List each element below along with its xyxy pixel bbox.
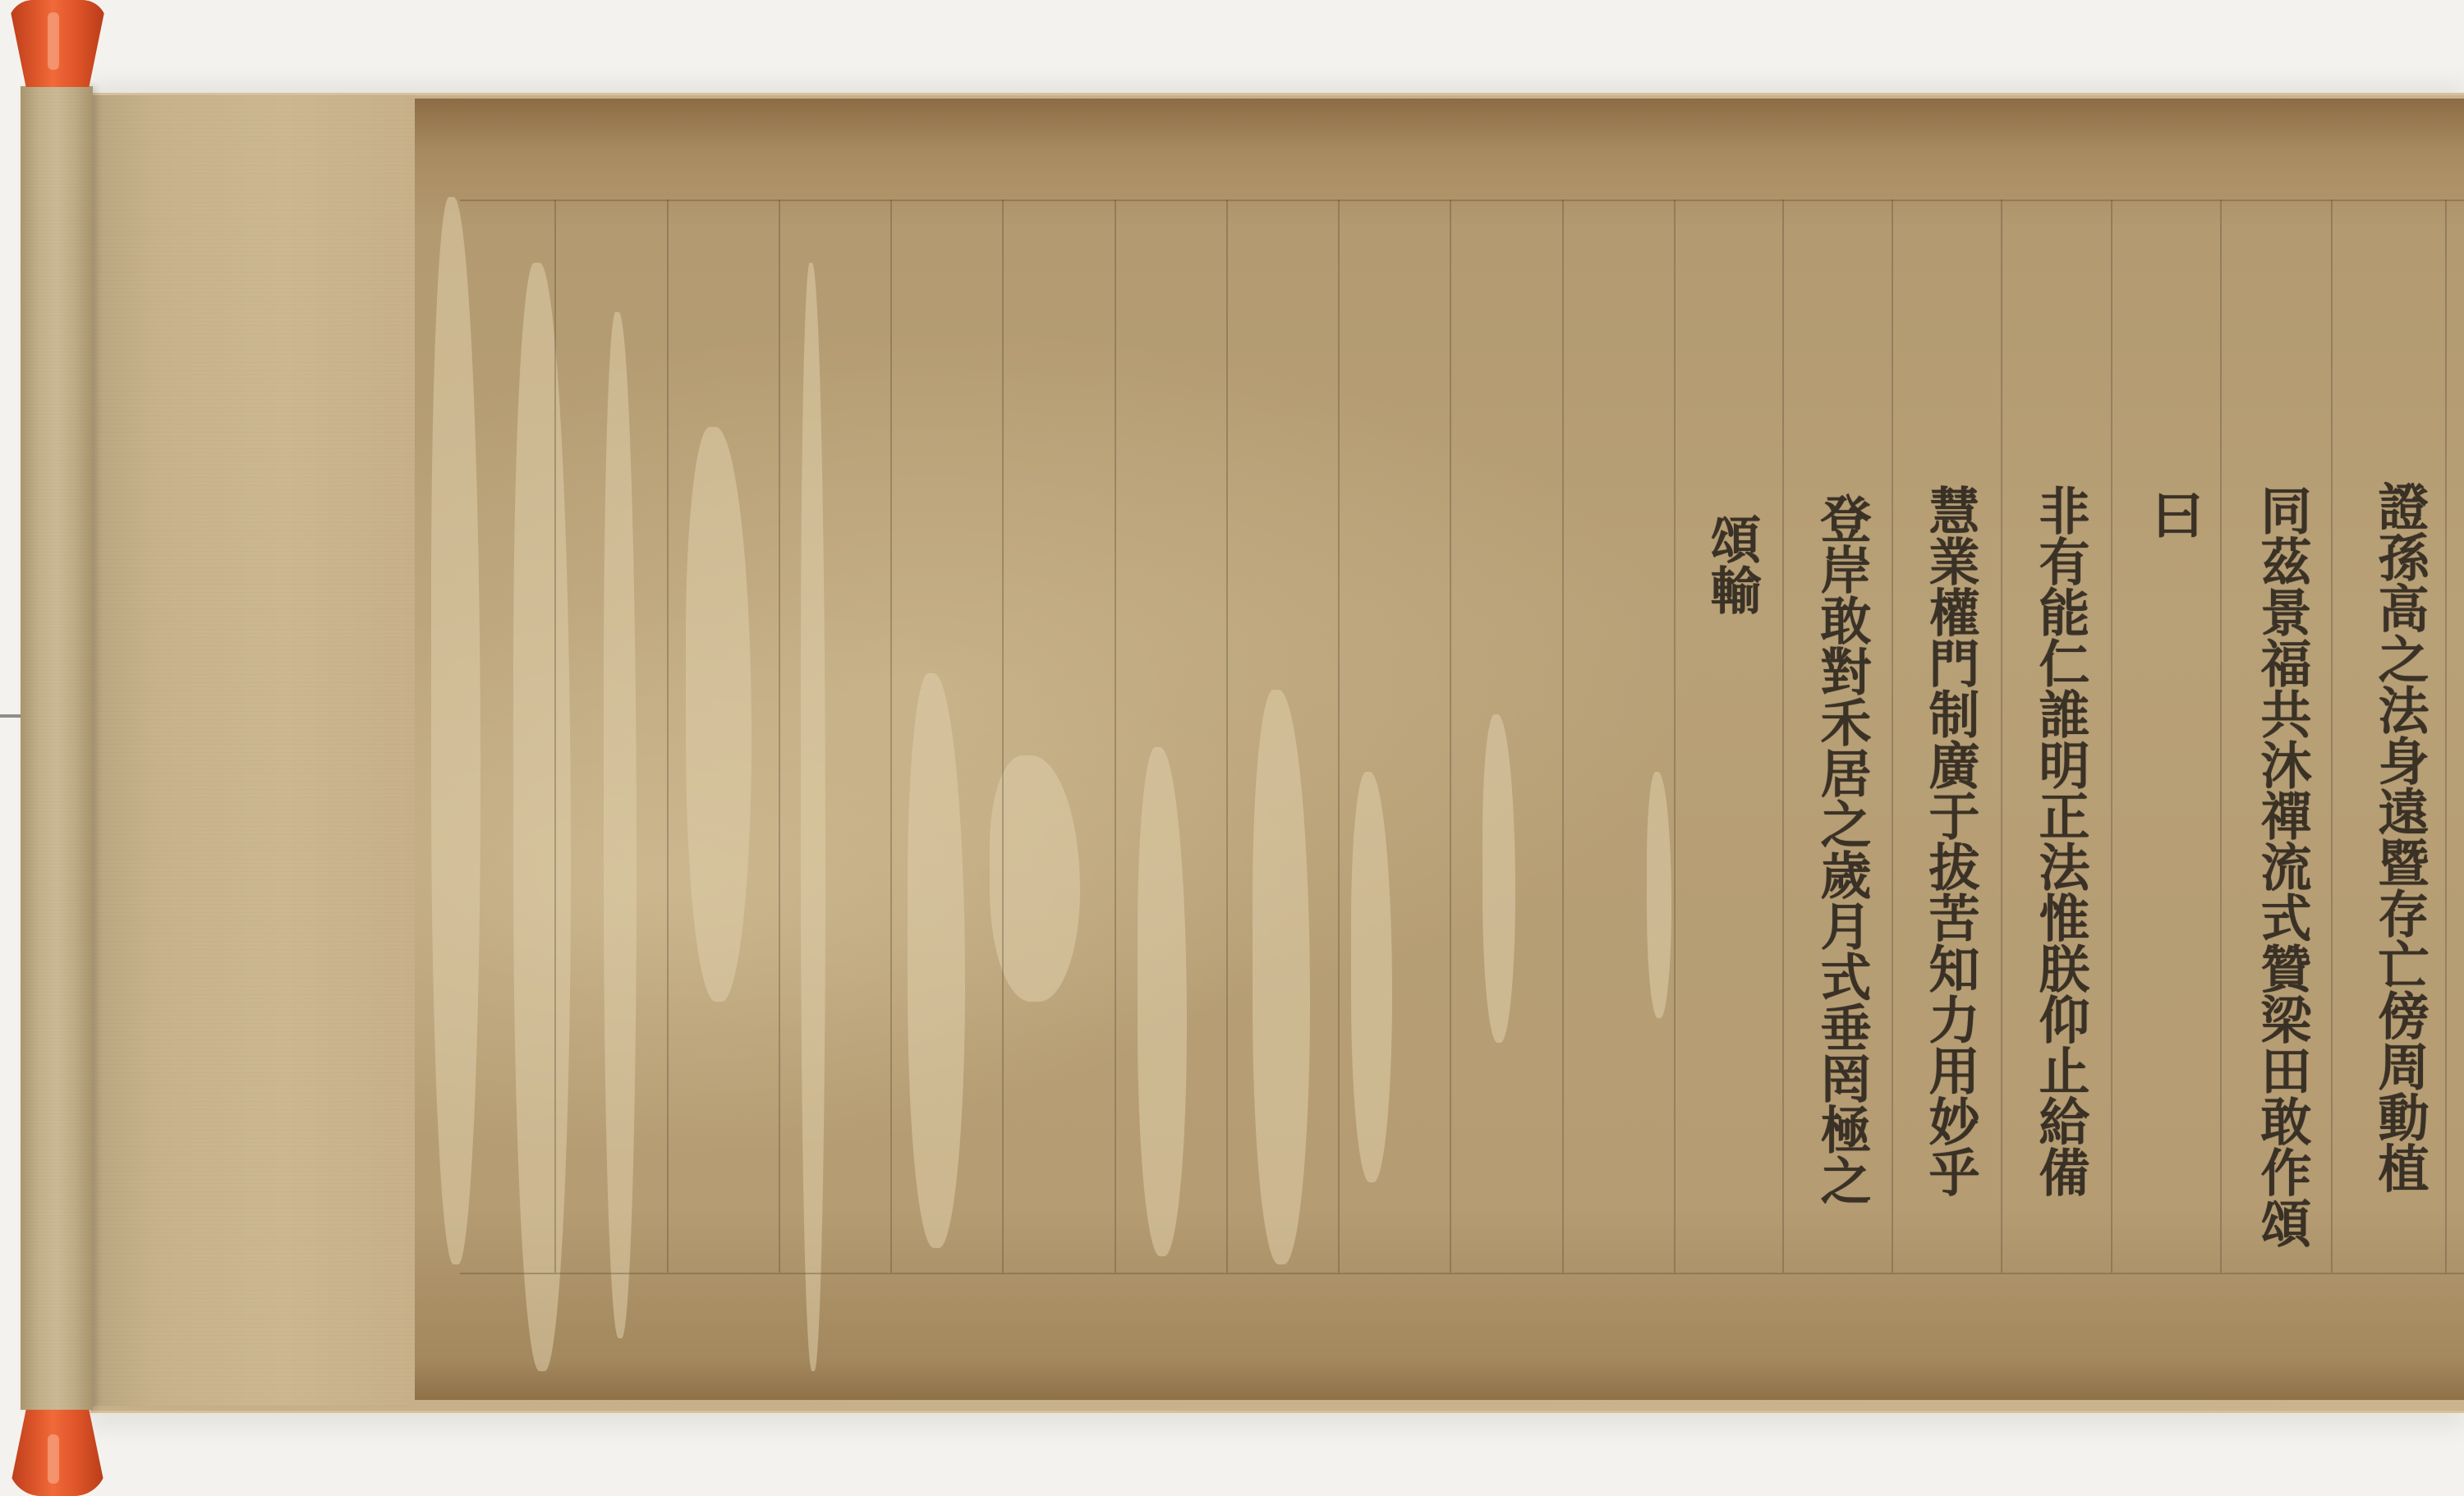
column-text: 同茲景福共沐禪流式贊梁田敢作頌 xyxy=(2244,484,2310,1248)
column-text: 證孫高之法身遠暨存亡傍周動植 xyxy=(2361,480,2427,1193)
ruled-line-column xyxy=(2220,200,2222,1273)
ruled-line-top xyxy=(460,200,2464,201)
ruled-line-column xyxy=(2445,200,2447,1273)
ruled-line-column xyxy=(2331,200,2333,1273)
text-column-5: 慧業權門制廣于拔苦知力用妙乎 xyxy=(1912,484,1978,1197)
text-panel xyxy=(415,99,2464,1400)
water-stain xyxy=(1253,690,1310,1264)
column-text: 曰 xyxy=(2135,489,2201,539)
ruled-line-column xyxy=(1115,200,1116,1273)
ruled-line-column xyxy=(1226,200,1228,1273)
ruled-line-column xyxy=(779,200,780,1273)
text-column-7: 頌輸 xyxy=(1694,513,1759,615)
ruled-line-column xyxy=(2111,200,2112,1273)
column-text: 登岸敢對禾居之歲月式垂罔極之 xyxy=(1804,493,1869,1205)
water-stain xyxy=(513,263,571,1371)
text-column-4: 非有能仁誰明正法惟朕仰止給備 xyxy=(2022,484,2088,1197)
cap-highlight xyxy=(48,12,59,70)
water-stain xyxy=(686,427,752,1002)
ruled-line-column xyxy=(1892,200,1893,1273)
text-column-6: 登岸敢對禾居之歲月式垂罔極之 xyxy=(1804,493,1869,1205)
ruled-line-column xyxy=(1450,200,1451,1273)
water-stain xyxy=(908,673,965,1248)
blank-mounting-paper xyxy=(90,95,415,1406)
roller-cap-top xyxy=(8,0,107,87)
column-text: 非有能仁誰明正法惟朕仰止給備 xyxy=(2022,484,2088,1197)
water-stain xyxy=(1351,772,1392,1182)
ruled-line-column xyxy=(1002,200,1004,1273)
water-stain xyxy=(1483,714,1515,1043)
ruled-line-bottom xyxy=(460,1273,2464,1274)
water-stain xyxy=(604,312,637,1338)
water-stain xyxy=(1138,747,1187,1256)
text-column-1: 證孫高之法身遠暨存亡傍周動植 xyxy=(2361,480,2427,1193)
scroll-roller xyxy=(21,86,93,1410)
ruled-line-column xyxy=(1338,200,1340,1273)
ruled-line-column xyxy=(2001,200,2002,1273)
water-stain xyxy=(1647,772,1671,1018)
ruled-line-column xyxy=(1782,200,1784,1273)
ruled-line-column xyxy=(890,200,892,1273)
water-stain xyxy=(801,263,825,1371)
ruled-line-column xyxy=(667,200,669,1273)
text-column-2: 同茲景福共沐禪流式贊梁田敢作頌 xyxy=(2244,484,2310,1248)
column-text: 頌輸 xyxy=(1694,513,1759,615)
water-stain xyxy=(431,197,480,1264)
text-column-3: 曰 xyxy=(2135,489,2201,539)
column-text: 慧業權門制廣于拔苦知力用妙乎 xyxy=(1912,484,1978,1197)
ruled-line-column xyxy=(554,200,556,1273)
ruled-line-column xyxy=(1674,200,1676,1273)
ruled-line-column xyxy=(1562,200,1564,1273)
cap-highlight xyxy=(48,1434,59,1484)
display-pin xyxy=(0,714,23,718)
